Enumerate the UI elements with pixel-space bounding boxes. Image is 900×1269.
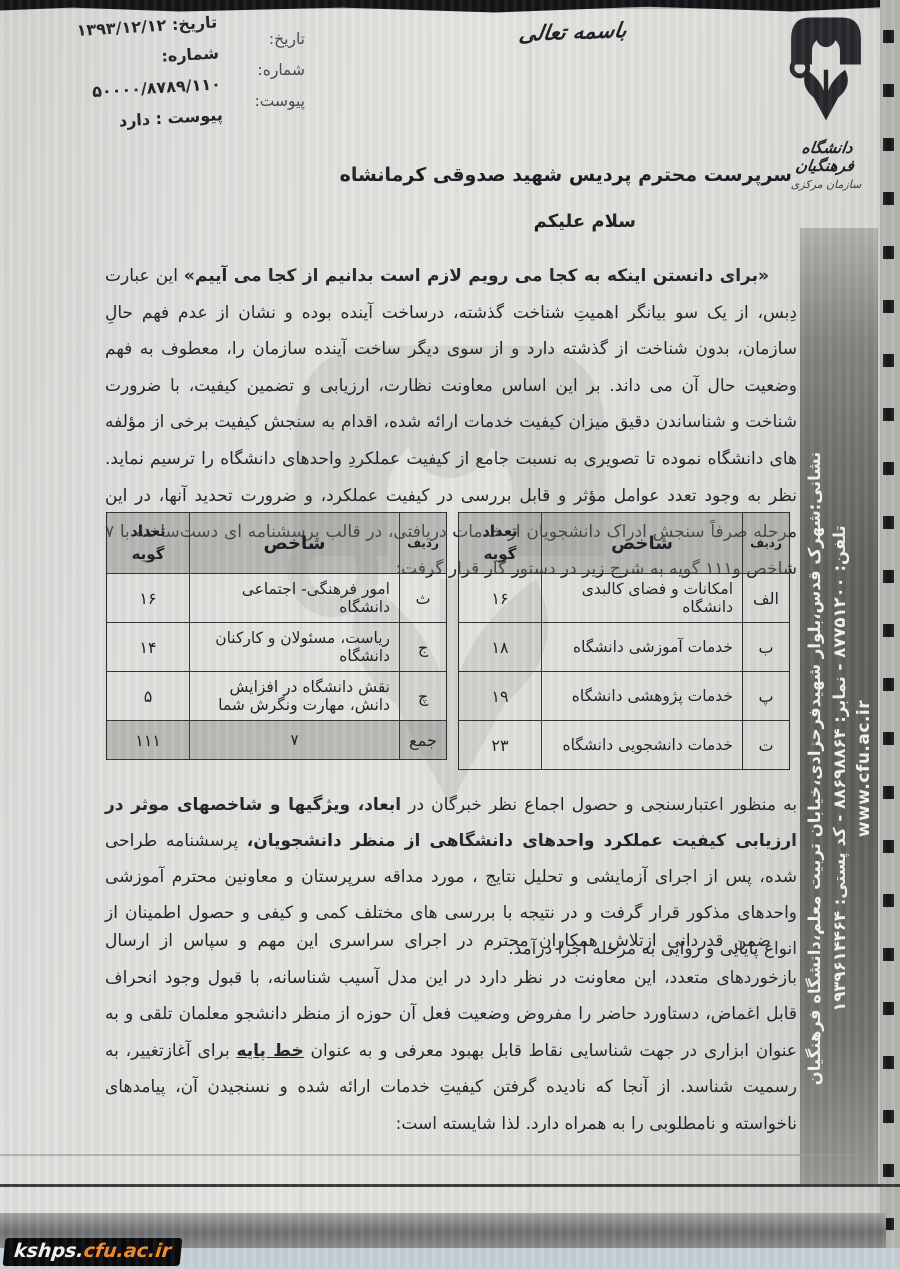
corner-watermark-label: kshps.cfu.ac.ir	[3, 1238, 183, 1266]
table-cell-count: ۵	[107, 672, 190, 721]
table-row: جریاست، مسئولان و کارکنان دانشگاه۱۴	[107, 623, 447, 672]
table-row: بخدمات آموزشی دانشگاه۱۸	[459, 623, 790, 672]
date-label: تاریخ:	[210, 24, 305, 55]
table-cell-indicator: امکانات و فضای کالبدی دانشگاه	[542, 574, 743, 623]
table-cell-row: پ	[743, 672, 790, 721]
table-row: پخدمات پژوهشی دانشگاه۱۹	[459, 672, 790, 721]
scan-fold-line	[0, 1154, 858, 1156]
table-cell-row: ت	[743, 721, 790, 770]
scanned-letter-page: تاریخ: شماره: پیوست: تاریخ: ۱۳۹۳/۱۲/۱۲ ش…	[0, 0, 900, 1269]
column-header-indicator: شاخص	[542, 513, 743, 574]
table-cell-row: چ	[400, 672, 447, 721]
table-cell-indicator: نقش دانشگاه در افزایش دانش، مهارت ونگرش …	[190, 672, 400, 721]
table-cell-row: ب	[743, 623, 790, 672]
paragraph-validation-start: به منظور اعتبارسنجی و حصول اجماع نظر خبر…	[401, 795, 797, 815]
indicators-table-secondary: ردیف شاخص تعداد گویه ثامور فرهنگی- اجتما…	[106, 512, 447, 760]
table-cell-indicator: ۷	[190, 721, 400, 760]
table-cell-indicator: خدمات دانشجویی دانشگاه	[542, 721, 743, 770]
column-header-row: ردیف	[400, 513, 447, 574]
university-logo-block: دانشگاه فرهنگیان سازمان مرکزی	[772, 14, 880, 224]
table-cell-row: الف	[743, 574, 790, 623]
attachment-label: پیوست:	[210, 86, 305, 117]
letter-meta-labels: تاریخ: شماره: پیوست:	[210, 24, 305, 117]
contact-sidebar-text: نشانی:شهرک قدس،بلوار شهیدفرحزادی،خیابان …	[802, 396, 877, 1141]
page-bottom-rule	[0, 1184, 900, 1187]
baseline-term: خط پایه	[236, 1041, 303, 1061]
corner-watermark-prefix: kshps.	[13, 1240, 85, 1262]
website-url: www.cfu.ac.ir	[852, 396, 877, 1141]
stamp-number: شماره: ۵۰۰۰۰/۸۷۸۹/۱۱۰	[30, 37, 221, 110]
binding-perforations	[880, 0, 900, 1252]
phone-fax-postal-line: تلفن: ۸۷۷۵۱۲۰۰ - نمابر: ۸۸۶۹۸۸۶۴ - کد پس…	[827, 396, 852, 1141]
table-cell-count: ۱۱۱	[107, 721, 190, 760]
table-cell-count: ۱۶	[459, 574, 542, 623]
paragraph-appreciation: ضمن قدردانی ازتلاش همکاران محترم در اجرا…	[105, 923, 797, 1143]
number-label: شماره:	[210, 55, 305, 86]
indicators-table-primary: ردیف شاخص تعداد گویه الفامکانات و فضای ک…	[458, 512, 790, 770]
table-row: ثامور فرهنگی- اجتماعی دانشگاه۱۶	[107, 574, 447, 623]
table-row: چنقش دانشگاه در افزایش دانش، مهارت ونگرش…	[107, 672, 447, 721]
table-cell-count: ۱۹	[459, 672, 542, 721]
table-cell-count: ۱۶	[107, 574, 190, 623]
column-header-count: تعداد گویه	[107, 513, 190, 574]
address-line: نشانی:شهرک قدس،بلوار شهیدفرحزادی،خیابان …	[802, 396, 827, 1141]
table-cell-count: ۱۸	[459, 623, 542, 672]
table-cell-row: جمع	[400, 721, 447, 760]
university-logo-icon	[782, 14, 870, 136]
table-cell-row: ث	[400, 574, 447, 623]
table-cell-indicator: خدمات آموزشی دانشگاه	[542, 623, 743, 672]
column-header-indicator: شاخص	[190, 513, 400, 574]
corner-watermark-domain: cfu.ac.ir	[83, 1240, 173, 1262]
table-cell-count: ۱۴	[107, 623, 190, 672]
table-cell-count: ۲۳	[459, 721, 542, 770]
table-cell-indicator: امور فرهنگی- اجتماعی دانشگاه	[190, 574, 400, 623]
table-total-row: جمع۷۱۱۱	[107, 721, 447, 760]
table-cell-indicator: خدمات پژوهشی دانشگاه	[542, 672, 743, 721]
table-cell-indicator: ریاست، مسئولان و کارکنان دانشگاه	[190, 623, 400, 672]
date-number-stamp: تاریخ: ۱۳۹۳/۱۲/۱۲ شماره: ۵۰۰۰۰/۸۷۸۹/۱۱۰ …	[28, 6, 223, 141]
table-row: تخدمات دانشجویی دانشگاه۲۳	[459, 721, 790, 770]
table-cell-row: ج	[400, 623, 447, 672]
table-row: الفامکانات و فضای کالبدی دانشگاه۱۶	[459, 574, 790, 623]
opening-quote: «برای دانستن اینکه به کجا می رویم لازم ا…	[184, 266, 769, 286]
column-header-row: ردیف	[743, 513, 790, 574]
salutation-line: سلام علیکم	[534, 211, 636, 232]
addressee-line: سرپرست محترم پردیس شهید صدوقی کرمانشاه	[340, 164, 792, 186]
column-header-count: تعداد گویه	[459, 513, 542, 574]
